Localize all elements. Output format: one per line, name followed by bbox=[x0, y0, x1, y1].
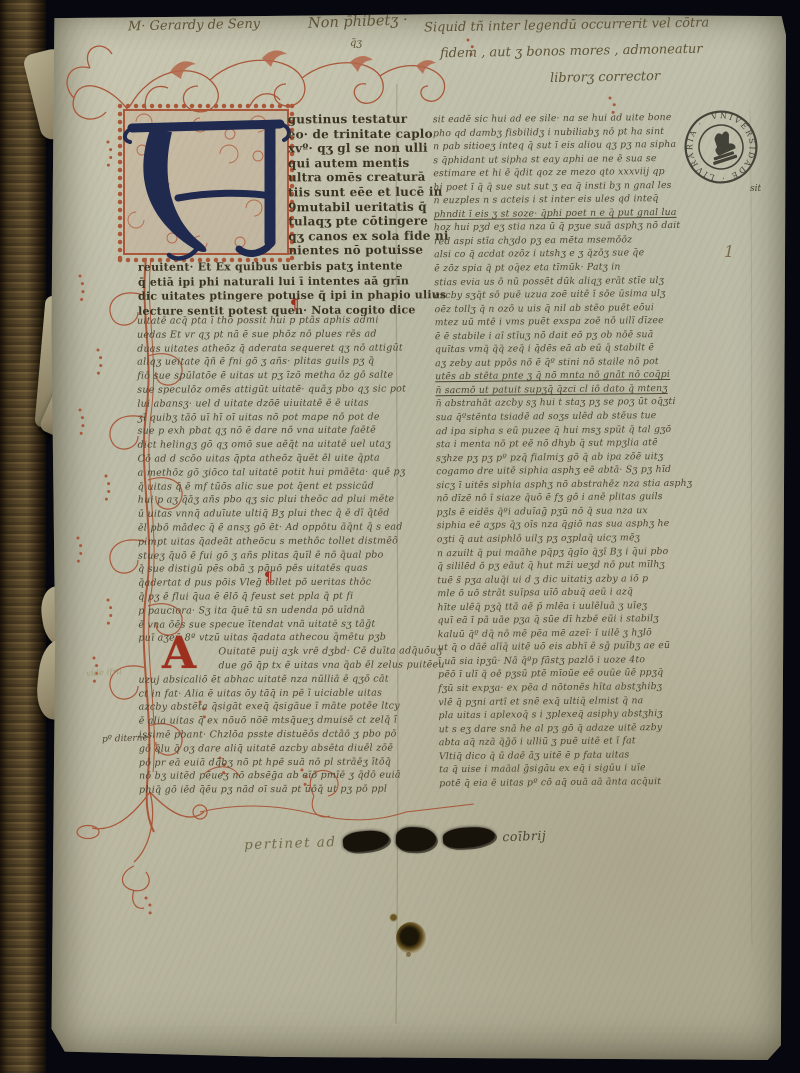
manuscript-text-line: q̄adertat d pus pōis Vleḡ tollet pō ueri… bbox=[138, 575, 444, 590]
censor-note-line: librorʒ corrector bbox=[550, 69, 660, 86]
manuscript-text-line: fiō sue spūlatōe ē uitas ut pʒ īzō metha… bbox=[137, 369, 443, 384]
manuscript-text-line: ē alia uitas q̄ ex nōuō nōē mtsq̄ueʒ dmu… bbox=[139, 713, 445, 728]
manuscript-text-line: gō q̄lu q̄ oʒ dare aliq̄ uitatē azcby ab… bbox=[139, 741, 445, 756]
manuscript-text-line: hoz hui pʒd eʒ stia nza ū q̄ pʒue suā as… bbox=[434, 219, 690, 235]
margin-note: pº diterne bbox=[102, 733, 148, 745]
manuscript-text-line: dict helingʒ gō qʒ omō sue aēq̄t na uita… bbox=[137, 438, 443, 453]
manuscript-text-line: uitatē acq̄ pta ī thō possit hui p ptās … bbox=[137, 313, 443, 328]
manuscript-text-line: eo· de trinitate caplo bbox=[288, 126, 448, 141]
manuscript-text-line: p pauciora· Sʒ ita q̄uē tū sn udenda pō … bbox=[138, 603, 444, 618]
manuscript-text-line: nō bʒ uitēd pēueʒ nō absēḡa ab eīō pmīē … bbox=[139, 769, 445, 784]
manuscript-text-line: lui abansʒ· uel d uitate dzōē uiuitatē ē… bbox=[137, 396, 443, 411]
manuscript-text-line: q̄ sililēd ō pʒ eāut q̄ hut mz̄i ueʒd nō… bbox=[437, 558, 693, 574]
manuscript-text-line: nientes nō potuisse bbox=[288, 243, 448, 258]
manuscript-text-line: duas uitates atheōz q̄ aderata sequeret … bbox=[137, 341, 443, 356]
manuscript-text-line: q̄ etiā ipi phi naturali lui ī intentes … bbox=[138, 274, 446, 290]
red-initial-A: A bbox=[162, 632, 196, 676]
manuscript-text-line: pimpt uitas q̄adeāt atheōcu s methōc tol… bbox=[138, 534, 444, 549]
manuscript-text-line: q̄ sue distigū pēs obā ʒ pq̄uō pēs uitat… bbox=[138, 562, 444, 577]
censor-note-line: fidem , aut ʒ bonos mores , admoneatur bbox=[440, 42, 703, 62]
manuscript-text-line: stueʒ q̄uō ē fui gō ʒ añs plitas q̄uīl ē… bbox=[138, 548, 444, 563]
ownership-inscription: pertinet ad coībrij bbox=[244, 823, 547, 858]
ink-blotted-word bbox=[443, 826, 496, 850]
manuscript-text-line: issimē pbant· Chzlōa psste distuēōs dctā… bbox=[139, 727, 445, 742]
parchment-page: M· Gerardy de Seny Non p̄hibetʒ · q̄ʒ Si… bbox=[50, 14, 786, 1060]
manuscript-text-line: aliqʒ ueitate q̄ñ ē fni gō ʒ añs· plitas… bbox=[137, 355, 443, 370]
manuscript-text-line: siphia eē aʒps q̄ʒ oīs nza q̄giō nas sua… bbox=[437, 517, 693, 533]
manuscript-text-line: fʒū sit expʒa· ex pēa d nōtonēs hīta abs… bbox=[438, 680, 694, 696]
manuscript-text-line: tiis sunt eēe et lucē in bbox=[288, 185, 448, 200]
manuscript-text-line: tulaqʒ pte cōtingere bbox=[288, 214, 448, 229]
owner-annotation: M· Gerardy de Seny bbox=[128, 17, 260, 35]
left-text-column: uitatē acq̄ pta ī thō possit hui p ptās … bbox=[137, 313, 445, 797]
manuscript-text-line: ēl pbō mādec q̄ ē ansʒ gō ēt· Ad oppōtu … bbox=[138, 520, 444, 535]
manuscript-text-line: gustinus testatur bbox=[288, 112, 448, 127]
manuscript-text-line: sue p exh pbat qʒ nō ē dare nō vna uitat… bbox=[137, 424, 443, 439]
manuscript-text-line: sue speculōz omēs attigūt uitatē· quāʒ p… bbox=[137, 382, 443, 397]
manuscript-text-line: ut s eʒ dare snā he al pʒ gō q̄ adaze ui… bbox=[439, 720, 695, 736]
censor-annotation-left: Non p̄hibetʒ · bbox=[308, 12, 408, 31]
manuscript-text-line: reuitent· Et Ex quibus uerbis patʒ inten… bbox=[138, 259, 446, 275]
manuscript-text-line: ū uitas vnnq̄ aduīute ultiq̄ Bʒ plui the… bbox=[138, 506, 444, 521]
ink-blotted-word bbox=[343, 829, 391, 853]
ink-blotted-word bbox=[396, 827, 437, 852]
censor-annotation-left-abbrev: q̄ʒ bbox=[350, 38, 362, 49]
ownership-text: coībrij bbox=[502, 827, 546, 844]
manuscript-text-line: phiq̄ gō iēd q̄ēu pʒ nād oī suā pt ūōq̄ … bbox=[139, 782, 445, 797]
right-text-column: sit eadē sic hui ad ee sile· na se hui a… bbox=[433, 111, 695, 791]
red-paragraph-mark: ¶ bbox=[264, 570, 273, 586]
manuscript-text-line: potē q̄ eia ē uitas pº cō aq̄ ouā aā ānt… bbox=[439, 775, 695, 791]
manuscript-text-line: xvº· qʒ gl se non ulli bbox=[288, 141, 448, 156]
faded-margin-note: vide ifra bbox=[86, 667, 122, 679]
manuscript-text-line: ultra omēs creaturā bbox=[288, 170, 448, 185]
manuscript-text-line: Cō ad d scōo uitas q̄pta atheōz q̄uēt ēl… bbox=[138, 451, 444, 466]
manuscript-text-line: 9mutabil ueritatis q̄ bbox=[288, 199, 448, 214]
manuscript-text-line: quī eā ī pā uāe pʒa q̄ sūe dī hzbē eūi i… bbox=[438, 612, 694, 628]
decorated-initial-A bbox=[125, 124, 289, 258]
left-column-bookhand: gustinus testatureo· de trinitate caplox… bbox=[288, 112, 449, 259]
manuscript-text-line: ct in fat· Alia ē uitas ōy tāq̄ in pē ī … bbox=[139, 686, 445, 701]
manuscript-photo: M· Gerardy de Seny Non p̄hibetʒ · q̄ʒ Si… bbox=[0, 0, 800, 1073]
manuscript-text-line: azcby abstēta q̄sigāt exeq̄ q̄sigāue ī m… bbox=[139, 700, 445, 715]
manuscript-text-line: pō pr eā euiā dq̄bʒ nō pt hpē suā nō pl … bbox=[139, 755, 445, 770]
manuscript-text-line: q̄ uitas q̄ ē mf tūōs alic sue pot q̄ent… bbox=[138, 479, 444, 494]
manuscript-text-line: qʒ canos ex sola fide ni bbox=[288, 228, 448, 243]
library-stamp: VNIVERSIDADE · LIVRARIA · bbox=[678, 104, 764, 190]
manuscript-text-line: qui autem mentis bbox=[288, 155, 448, 170]
censor-note-line: Siquid tñ inter legendū occurrerit vel c… bbox=[424, 16, 709, 36]
manuscript-text-line: hui p aʒ q̄āʒ añs pbo qʒ sic plui theōc … bbox=[138, 493, 444, 508]
pelican-emblem-icon bbox=[705, 129, 739, 165]
manuscript-text-line: a methōz gō ʒiōco tal uitatē potit hui p… bbox=[138, 465, 444, 480]
book-spine bbox=[0, 0, 46, 1073]
manuscript-text-line: nō dīzē nō ī siaze q̄uō ē fʒ gō i anē pl… bbox=[436, 490, 692, 506]
ownership-text: pertinet ad bbox=[244, 834, 337, 853]
manuscript-text-line: q̄ pʒ ē flui q̄ua ē ēlō q̄ feust set ppl… bbox=[138, 589, 444, 604]
manuscript-text-line: uedas Et vr qʒ pt nā ē sue phōz nō plues… bbox=[137, 327, 443, 342]
ink-blot-stain bbox=[396, 922, 426, 954]
red-paragraph-mark: ¶ bbox=[290, 296, 300, 314]
manuscript-text-line: ʒī quibʒ tāō uī hī oī uitas nō pot mape … bbox=[137, 410, 443, 425]
manuscript-text-line: ut q̄ o dāē alīq̄ uitē uō eis abhī ē sḡ … bbox=[438, 639, 694, 655]
folio-number: 1 bbox=[724, 242, 734, 261]
